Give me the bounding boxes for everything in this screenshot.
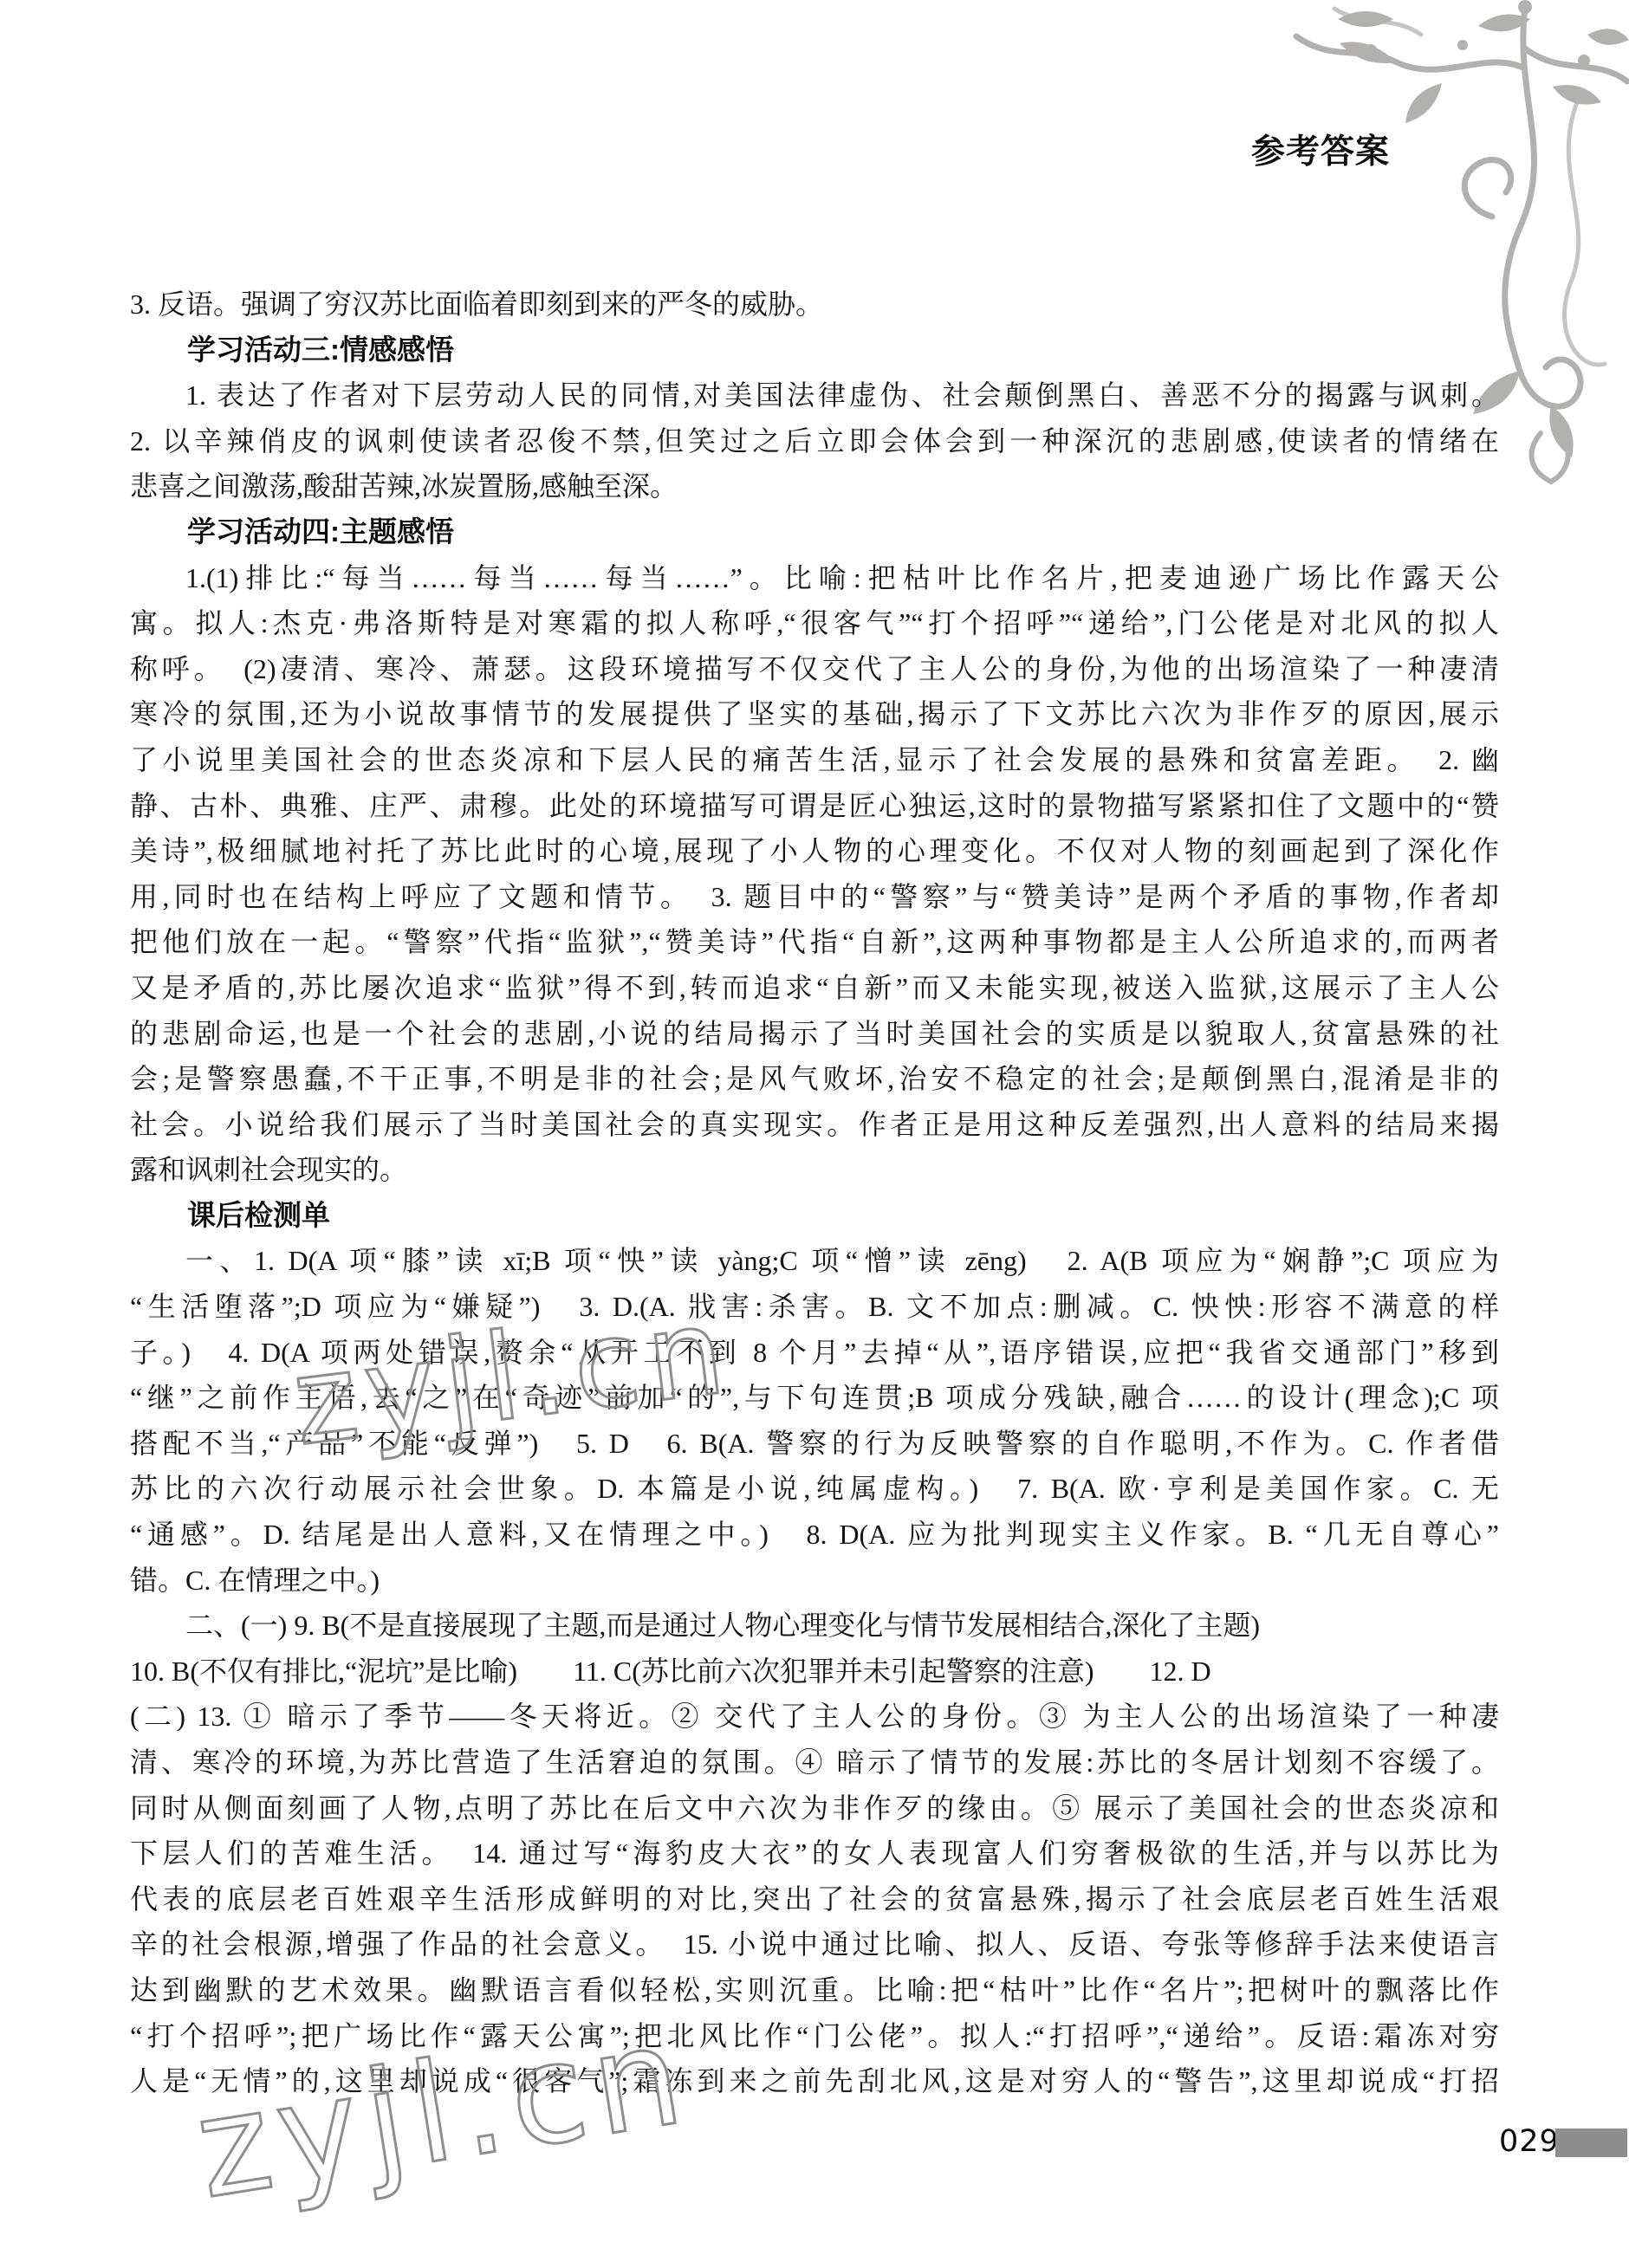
text-line: 人是“无情”的,这里却说成“很客气”;霜冻到来之前先刮北风,这是对穷人的“警告”… (130, 2058, 1499, 2104)
text-line: 称呼。 (2)凄清、寒冷、萧瑟。这段环境描写不仅交代了主人公的身份,为他的出场渲… (130, 646, 1499, 692)
text-line: 社会。小说给我们展示了当时美国社会的真实现实。作者正是用这种反差强烈,出人意料的… (130, 1102, 1499, 1148)
text-line: 一、1. D(A 项“膝”读 xī;B 项“怏”读 yàng;C 项“憎”读 z… (130, 1238, 1499, 1284)
text-line: 用,同时也在结构上呼应了文题和情节。 3. 题目中的“警察”与“赞美诗”是两个矛… (130, 874, 1499, 920)
text-line: “通感”。D. 结尾是出人意料,又在情理之中。) 8. D(A. 应为批判现实主… (130, 1512, 1499, 1558)
text-line: 了小说里美国社会的世态炎凉和下层人民的痛苦生活,显示了社会发展的悬殊和贫富差距。… (130, 737, 1499, 783)
text-line: (二) 13. ① 暗示了季节——冬天将近。② 交代了主人公的身份。③ 为主人公… (130, 1694, 1499, 1740)
text-line: “打个招呼”;把广场比作“露天公寓”;把北风比作“门公佬”。拟人:“打招呼”,“… (130, 2013, 1499, 2059)
text-line: 美诗”,极细腻地衬托了苏比此时的心境,展现了小人物的心理变化。不仅对人物的刻画起… (130, 828, 1499, 874)
text-line: 子。) 4. D(A 项两处错误,赘余“从开工不到 8 个月”去掉“从”,语序错… (130, 1330, 1499, 1376)
page-title: 参考答案 (1251, 125, 1390, 173)
text-line: 寒冷的氛围,还为小说故事情节的发展提供了坚实的基础,揭示了下文苏比六次为非作歹的… (130, 691, 1499, 737)
text-line: 露和讽刺社会现实的。 (130, 1147, 1499, 1193)
text-line: 把他们放在一起。“警察”代指“监狱”,“赞美诗”代指“自新”,这两种事物都是主人… (130, 919, 1499, 965)
text-line: 1. 表达了作者对下层劳动人民的同情,对美国法律虚伪、社会颠倒黑白、善恶不分的揭… (130, 373, 1499, 418)
text-line: 1.(1)排比:“每当……每当……每当……”。比喻:把枯叶比作名片,把麦迪逊广场… (130, 555, 1499, 601)
text-line: 3. 反语。强调了穷汉苏比面临着即刻到来的严冬的威胁。 (130, 282, 1499, 327)
text-line: 2. 以辛辣俏皮的讽刺使读者忍俊不禁,但笑过之后立即会体会到一种深沉的悲剧感,使… (130, 418, 1499, 464)
book-page: 参考答案 3. 反语。强调了穷汉苏比面临着即刻到来的严冬的威胁。 学习活动三:情… (0, 0, 1629, 2268)
text-line: 静、古朴、典雅、庄严、肃穆。此处的环境描写可谓是匠心独运,这时的景物描写紧紧扣住… (130, 783, 1499, 829)
text-line: 寓。拟人:杰克·弗洛斯特是对寒霜的拟人称呼,“很客气”“打个招呼”“递给”,门公… (130, 600, 1499, 646)
text-line: 错。C. 在情理之中。) (130, 1558, 1499, 1604)
text-line: 10. B(不仅有排比,“泥坑”是比喻) 11. C(苏比前六次犯罪并未引起警察… (130, 1649, 1499, 1695)
text-line: 课后检测单 (130, 1193, 1499, 1239)
page-number-tab (1555, 2129, 1627, 2157)
text-line: 下层人们的苦难生活。 14. 通过写“海豹皮大衣”的女人表现富人们穷奢极欲的生活… (130, 1831, 1499, 1876)
text-line: 的悲剧命运,也是一个社会的悲剧,小说的结局揭示了当时美国社会的实质是以貌取人,贫… (130, 1011, 1499, 1057)
text-line: “继”之前作主语,去“之”在“奇迹”前加“的”,与下句连贯;B 项成分残缺,融合… (130, 1375, 1499, 1421)
page-number: 029 (1499, 2124, 1560, 2159)
text-line: “生活堕落”;D 项应为“嫌疑”) 3. D.(A. 戕害:杀害。B. 文不加点… (130, 1284, 1499, 1330)
text-line: 二、(一) 9. B(不是直接展现了主题,而是通过人物心理变化与情节发展相结合,… (130, 1603, 1499, 1649)
text-line: 悲喜之间激荡,酸甜苦辣,冰炭置肠,感触至深。 (130, 463, 1499, 509)
answer-text-block: 3. 反语。强调了穷汉苏比面临着即刻到来的严冬的威胁。 学习活动三:情感感悟 1… (130, 282, 1499, 2104)
text-line: 学习活动四:主题感悟 (130, 509, 1499, 555)
text-line: 苏比的六次行动展示社会世象。D. 本篇是小说,纯属虚构。) 7. B(A. 欧·… (130, 1466, 1499, 1512)
text-line: 学习活动三:情感感悟 (130, 327, 1499, 373)
text-line: 清、寒冷的环境,为苏比营造了生活窘迫的氛围。④ 暗示了情节的发展:苏比的冬居计划… (130, 1740, 1499, 1785)
text-line: 会;是警察愚蠢,不干正事,不明是非的社会;是风气败坏,治安不稳定的社会;是颠倒黑… (130, 1056, 1499, 1102)
text-line: 同时从侧面刻画了人物,点明了苏比在后文中六次为非作歹的缘由。⑤ 展示了美国社会的… (130, 1785, 1499, 1831)
text-line: 辛的社会根源,增强了作品的社会意义。 15. 小说中通过比喻、拟人、反语、夸张等… (130, 1921, 1499, 1967)
text-line: 搭配不当,“产品”不能“反弹”) 5. D 6. B(A. 警察的行为反映警察的… (130, 1421, 1499, 1467)
text-line: 代表的底层老百姓艰辛生活形成鲜明的对比,突出了社会的贫富悬殊,揭示了社会底层老百… (130, 1876, 1499, 1922)
text-line: 又是矛盾的,苏比屡次追求“监狱”得不到,转而追求“自新”而又未能实现,被送入监狱… (130, 965, 1499, 1011)
text-line: 达到幽默的艺术效果。幽默语言看似轻松,实则沉重。比喻:把“枯叶”比作“名片”;把… (130, 1967, 1499, 2013)
